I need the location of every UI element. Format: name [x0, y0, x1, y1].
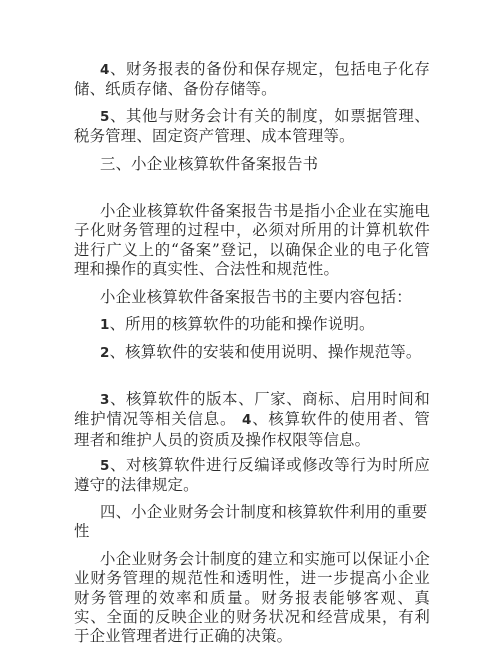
paragraph-report-definition: 小企业核算软件备案报告书是指小企业在实施电子化财务管理的过程中，必须对所用的计算…	[74, 202, 430, 279]
item-number: 1	[100, 317, 110, 333]
list-item-1: 1、所用的核算软件的功能和操作说明。	[74, 315, 430, 335]
list-item-3-4: 3、核算软件的版本、厂家、商标、启用时间和维护情况等相关信息。 4、核算软件的使…	[74, 390, 430, 450]
paragraph-backup-rules: 4、财务报表的备份和保存规定，包括电子化存储、纸质存储、备份存储等。	[74, 60, 430, 100]
paragraph-report-contents-intro: 小企业核算软件备案报告书的主要内容包括：	[74, 288, 430, 307]
item-number: 3	[100, 392, 110, 408]
paragraph-other-rules: 5、其他与财务会计有关的制度，如票据管理、税务管理、固定资产管理、成本管理等。	[74, 107, 430, 147]
item-number: 4	[242, 412, 252, 428]
list-item-2: 2、核算软件的安装和使用说明、操作规范等。	[74, 343, 430, 363]
item-number: 5	[100, 109, 110, 125]
paragraph-importance: 小企业财务会计制度的建立和实施可以保证小企业财务管理的规范性和透明性，进一步提高…	[74, 550, 430, 646]
list-item-5: 5、对核算软件进行反编译或修改等行为时所应遵守的法律规定。	[74, 456, 430, 496]
item-number: 2	[100, 345, 110, 361]
section-heading-4: 四、小企业财务会计制度和核算软件利用的重要性	[74, 503, 430, 542]
item-number: 4	[100, 62, 110, 78]
item-number: 5	[100, 458, 110, 474]
section-heading-3: 三、小企业核算软件备案报告书	[74, 155, 318, 174]
